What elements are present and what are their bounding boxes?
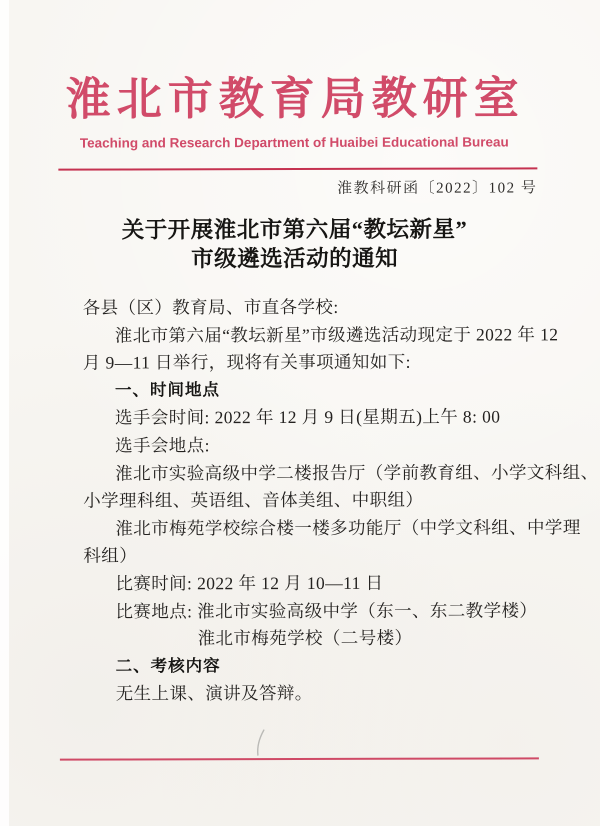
body-line: 选手会时间: 2022 年 12 月 9 日(星期五)上午 8: 00 bbox=[83, 404, 546, 433]
document-content: 淮北市教育局教研室 Teaching and Research Departme… bbox=[0, 0, 600, 826]
letterhead-divider-line bbox=[58, 167, 537, 170]
scanned-document-page: 淮北市教育局教研室 Teaching and Research Departme… bbox=[0, 0, 600, 826]
body-line: 淮北市第六届“教坛新星”市级遴选活动现定于 2022 年 12 bbox=[83, 321, 546, 350]
letterhead-org-name-en: Teaching and Research Department of Huai… bbox=[29, 134, 559, 150]
footer-divider-line bbox=[60, 757, 539, 760]
body-line: 淮北市梅苑学校综合楼一楼多功能厅（中学文科组、中学理 bbox=[83, 514, 546, 543]
body-line: 小学理科组、英语组、音体美组、中职组） bbox=[83, 487, 546, 516]
body-line: 淮北市实验高级中学二楼报告厅（学前教育组、小学文科组、 bbox=[83, 459, 546, 488]
section-heading-assessment: 二、考核内容 bbox=[84, 652, 547, 681]
body-line: 科组） bbox=[83, 542, 546, 571]
body-line: 比赛时间: 2022 年 12 月 10—11 日 bbox=[83, 569, 546, 598]
body-line: 淮北市梅苑学校（二号楼） bbox=[84, 624, 547, 653]
body-line: 选手会地点: bbox=[83, 431, 546, 460]
notice-title: 关于开展淮北市第六届“教坛新星” 市级遴选活动的通知 bbox=[29, 214, 559, 273]
body-line: 月 9—11 日举行，现将有关事项通知如下: bbox=[83, 349, 546, 378]
body-line: 比赛地点: 淮北市实验高级中学（东一、东二教学楼） bbox=[83, 597, 546, 626]
section-heading-time-place: 一、时间地点 bbox=[83, 376, 546, 405]
document-reference-number: 淮教科研函〔2022〕102 号 bbox=[59, 176, 537, 198]
body-line: 无生上课、演讲及答辩。 bbox=[84, 680, 547, 709]
notice-title-line1: 关于开展淮北市第六届“教坛新星” bbox=[29, 214, 559, 244]
notice-body: 各县（区）教育局、市直各学校: 淮北市第六届“教坛新星”市级遴选活动现定于 20… bbox=[83, 293, 547, 708]
stray-pen-mark bbox=[253, 729, 269, 757]
letterhead-org-name-cn: 淮北市教育局教研室 bbox=[39, 61, 551, 127]
salutation-line: 各县（区）教育局、市直各学校: bbox=[83, 293, 546, 322]
notice-title-line2: 市级遴选活动的通知 bbox=[30, 243, 560, 273]
